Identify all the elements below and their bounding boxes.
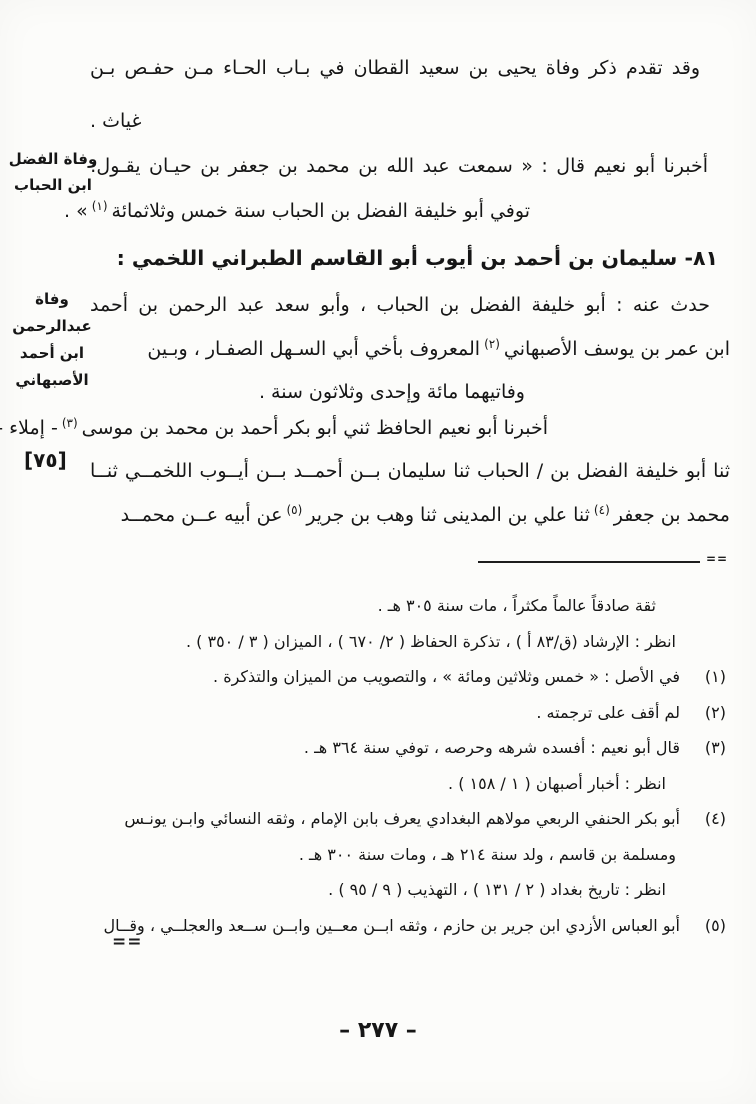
footnote-3: (٣)قال أبو نعيم : أفسده شرهه وحرصه ، توف… xyxy=(90,730,730,766)
body-text: عن أبيه عــن محمــد xyxy=(121,504,283,526)
footnote-text: قال أبو نعيم : أفسده شرهه وحرصه ، توفي س… xyxy=(90,730,730,766)
body-line: أخبرنا أبو نعيم الحافظ ثني أبو بكر أحمد … xyxy=(90,410,730,446)
book-page: وفاة الفضل ابن الحباب وفاة عبدالرحمن ابن… xyxy=(0,0,756,1104)
footnote-ref-1: (١) xyxy=(92,199,108,213)
body-text: ثنا علي بن المدينى ثنا وهب بن جرير xyxy=(306,504,590,526)
body-line: حدث عنه : أبو خليفة الفضل بن الحباب ، وأ… xyxy=(90,287,730,323)
footnote-divider xyxy=(478,561,700,563)
body-line: وقد تقدم ذكر وفاة يحيى بن سعيد القطان في… xyxy=(90,50,730,86)
body-line: غياث . xyxy=(90,103,730,139)
body-line: أخبرنا أبو نعيم قال : « سمعت عبد الله بن… xyxy=(90,148,730,184)
footnote-ref-4: (٤) xyxy=(594,503,610,517)
body-text: محمد بن جعفر xyxy=(614,504,730,526)
body-text: أخبرنا أبو نعيم الحافظ ثني أبو بكر أحمد … xyxy=(82,417,548,439)
footnote-3-ref: انظر : أخبار أصبهان ( ١ / ١٥٨ ) . xyxy=(90,766,730,802)
footnote-continuation-line: ثقة صادقاً عالماً مكثراً ، مات سنة ٣٠٥ ه… xyxy=(90,588,730,624)
footnote-text: أبو العباس الأزدي ابن جرير بن حازم ، وثق… xyxy=(90,908,730,944)
body-text: ابن عمر بن يوسف الأصبهاني xyxy=(504,338,730,360)
footnote-continuation-line: انظر : الإرشاد (ق/٨٣ أ ) ، تذكرة الحفاظ … xyxy=(90,624,730,660)
footnote-text: أبو بكر الحنفي الربعي مولاهم البغدادي يع… xyxy=(90,801,730,837)
footnote-4-line2: ومسلمة بن قاسم ، ولد سنة ٢١٤ هـ ، ومات س… xyxy=(90,837,730,873)
footnote-4-ref: انظر : تاريخ بغداد ( ٢ / ١٣١ ) ، التهذيب… xyxy=(90,872,730,908)
footnote-ref-2: (٢) xyxy=(484,337,500,351)
body-text: - إملاء - xyxy=(0,417,58,439)
margin-note-wafat-abdulrahman: وفاة عبدالرحمن ابن أحمد الأصبهاني xyxy=(4,286,100,394)
body-text: المعروف بأخي أبي السـهل الصفـار ، وبـين xyxy=(147,338,480,360)
margin-note-line: ابن أحمد xyxy=(4,340,100,367)
margin-note-line: عبدالرحمن xyxy=(4,313,100,340)
footnote-2: (٢)لم أقف على ترجمته . xyxy=(90,695,730,731)
footnote-text: ثقة صادقاً عالماً مكثراً ، مات سنة ٣٠٥ ه… xyxy=(90,588,730,624)
continuation-mark-top: == xyxy=(706,552,728,566)
folio-number: [٧٥] xyxy=(24,448,67,472)
footnote-text: انظر : الإرشاد (ق/٨٣ أ ) ، تذكرة الحفاظ … xyxy=(90,624,730,660)
footnote-number: (٥) xyxy=(705,908,726,944)
margin-note-line: وفاة xyxy=(4,286,100,313)
footnote-text: ومسلمة بن قاسم ، ولد سنة ٢١٤ هـ ، ومات س… xyxy=(90,837,730,873)
footnote-4: (٤)أبو بكر الحنفي الربعي مولاهم البغدادي… xyxy=(90,801,730,837)
footnote-number: (١) xyxy=(705,659,726,695)
footnote-1: (١)في الأصل : « خمس وثلاثين ومائة » ، وا… xyxy=(90,659,730,695)
footnote-ref-5: (٥) xyxy=(286,503,302,517)
footnote-ref-3: (٣) xyxy=(62,416,78,430)
margin-note-line: وفاة الفضل xyxy=(6,146,100,172)
body-text: توفي أبو خليفة الفضل بن الحباب سنة خمس و… xyxy=(112,200,530,222)
body-line: ثنا أبو خليفة الفضل بن / الحباب ثنا سليم… xyxy=(90,453,730,489)
body-line: توفي أبو خليفة الفضل بن الحباب سنة خمس و… xyxy=(90,193,730,229)
footnote-text: لم أقف على ترجمته . xyxy=(90,695,730,731)
footnote-text: انظر : أخبار أصبهان ( ١ / ١٥٨ ) . xyxy=(90,766,730,802)
footnote-number: (٣) xyxy=(705,730,726,766)
body-line: وفاتيهما مائة وإحدى وثلاثون سنة . xyxy=(90,374,730,410)
footnote-number: (٤) xyxy=(705,801,726,837)
body-text: » . xyxy=(64,200,88,222)
body-line: محمد بن جعفر(٤)ثنا علي بن المدينى ثنا وه… xyxy=(90,497,730,533)
footnote-text: في الأصل : « خمس وثلاثين ومائة » ، والتص… xyxy=(90,659,730,695)
margin-note-wafat-alfadl: وفاة الفضل ابن الحباب xyxy=(6,146,100,198)
continuation-mark-bottom: == xyxy=(112,932,143,952)
footnote-text: انظر : تاريخ بغداد ( ٢ / ١٣١ ) ، التهذيب… xyxy=(90,872,730,908)
footnotes-block: ثقة صادقاً عالماً مكثراً ، مات سنة ٣٠٥ ه… xyxy=(90,588,730,943)
margin-note-line: الأصبهاني xyxy=(4,367,100,394)
entry-heading: ٨١- سليمان بن أحمد بن أيوب أبو القاسم ال… xyxy=(90,240,730,276)
footnote-number: (٢) xyxy=(705,695,726,731)
footnote-5: (٥)أبو العباس الأزدي ابن جرير بن حازم ، … xyxy=(90,908,730,944)
body-line: ابن عمر بن يوسف الأصبهاني(٢)المعروف بأخي… xyxy=(90,331,730,367)
page-number: – ٢٧٧ – xyxy=(0,1018,756,1043)
